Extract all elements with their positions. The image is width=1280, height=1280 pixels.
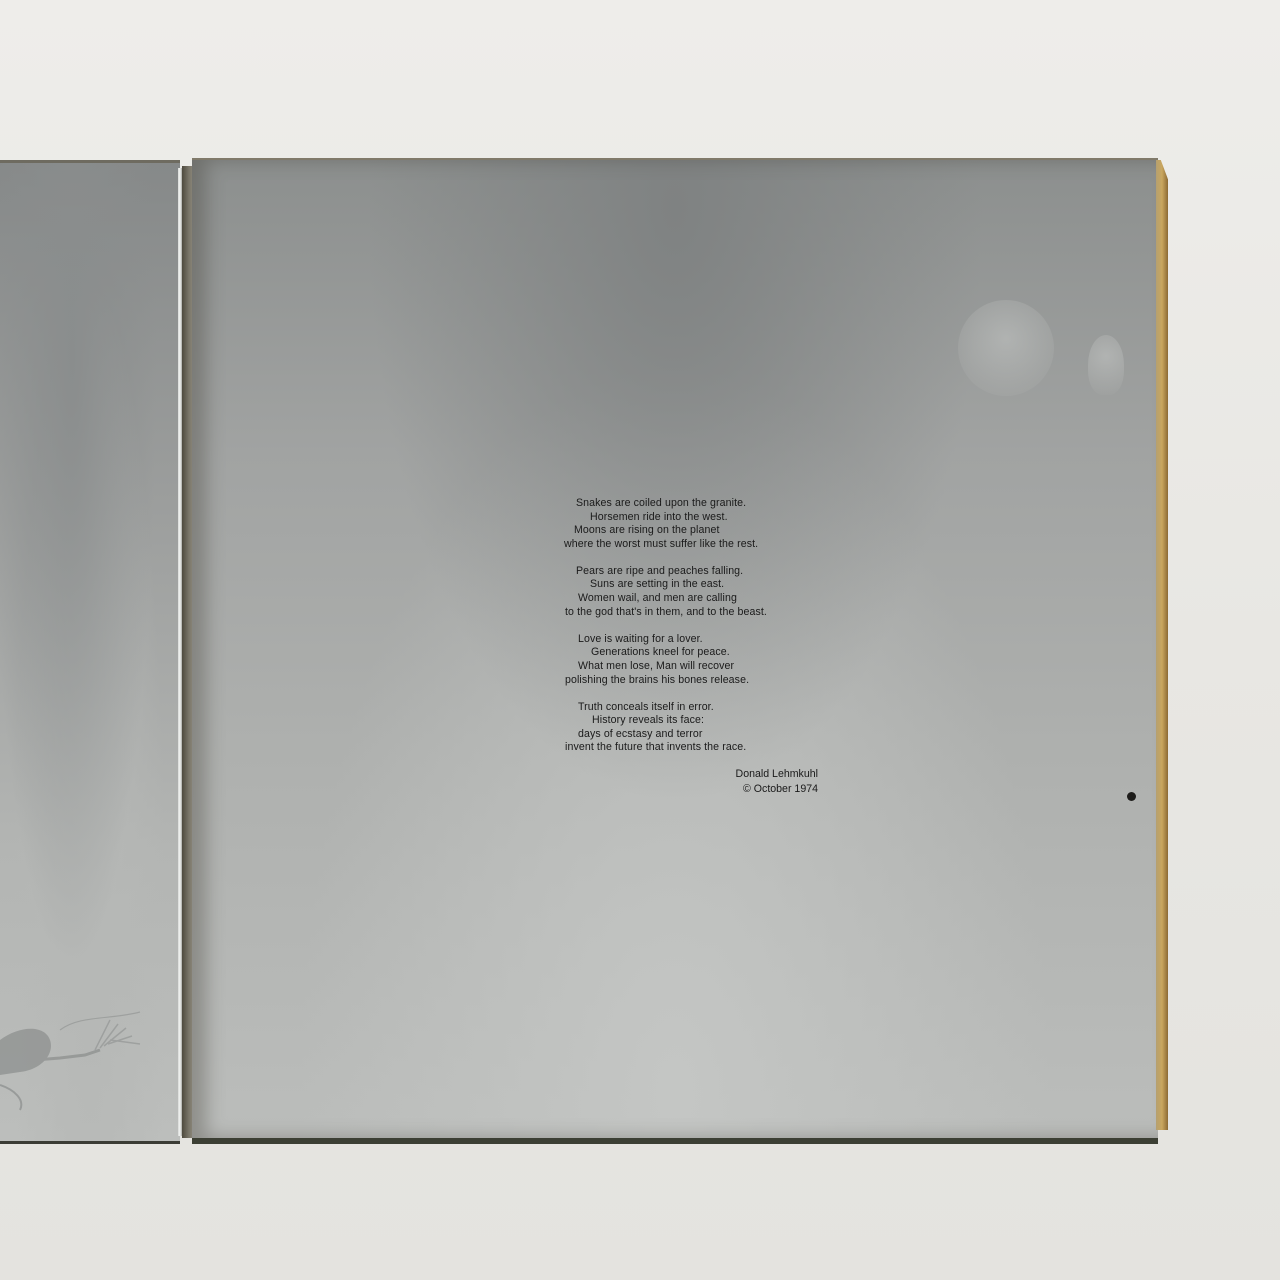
left-gatefold-panel xyxy=(0,160,180,1144)
poem-line: polishing the brains his bones release. xyxy=(560,674,830,688)
faded-moon-large-icon xyxy=(958,300,1054,396)
poem-line: Horsemen ride into the west. xyxy=(560,511,830,525)
album-gatefold-photo: Snakes are coiled upon the granite.Horse… xyxy=(0,0,1280,1280)
poem-stanza: Truth conceals itself in error.History r… xyxy=(560,701,830,755)
poem-line: invent the future that invents the race. xyxy=(560,741,830,755)
faded-moon-small-icon xyxy=(1088,335,1124,395)
poem-stanza: Snakes are coiled upon the granite.Horse… xyxy=(560,497,830,551)
poem-stanza: Pears are ripe and peaches falling.Suns … xyxy=(560,565,830,619)
poem-stanza: Love is waiting for a lover.Generations … xyxy=(560,633,830,687)
poem-line: Women wail, and men are calling xyxy=(560,592,830,606)
poem-copyright: © October 1974 xyxy=(700,782,818,797)
poem-text: Snakes are coiled upon the granite.Horse… xyxy=(560,497,830,769)
poem-author: Donald Lehmkuhl xyxy=(700,767,818,782)
poem-line: Snakes are coiled upon the granite. xyxy=(560,497,830,511)
faded-bird-illustration-icon xyxy=(0,1010,150,1120)
poem-line: days of ecstasy and terror xyxy=(560,728,830,742)
poem-line: where the worst must suffer like the res… xyxy=(560,538,830,552)
right-page-edge xyxy=(1156,160,1168,1130)
poem-line: Pears are ripe and peaches falling. xyxy=(560,565,830,579)
poem-line: Love is waiting for a lover. xyxy=(560,633,830,647)
poem-line: History reveals its face: xyxy=(560,714,830,728)
poem-line: Truth conceals itself in error. xyxy=(560,701,830,715)
poem-line: Moons are rising on the planet xyxy=(560,524,830,538)
ink-spot xyxy=(1127,792,1136,801)
poem-line: What men lose, Man will recover xyxy=(560,660,830,674)
poem-line: Suns are setting in the east. xyxy=(560,578,830,592)
poem-line: Generations kneel for peace. xyxy=(560,646,830,660)
poem-line: to the god that's in them, and to the be… xyxy=(560,606,830,620)
poem-signature: Donald Lehmkuhl © October 1974 xyxy=(700,767,818,796)
